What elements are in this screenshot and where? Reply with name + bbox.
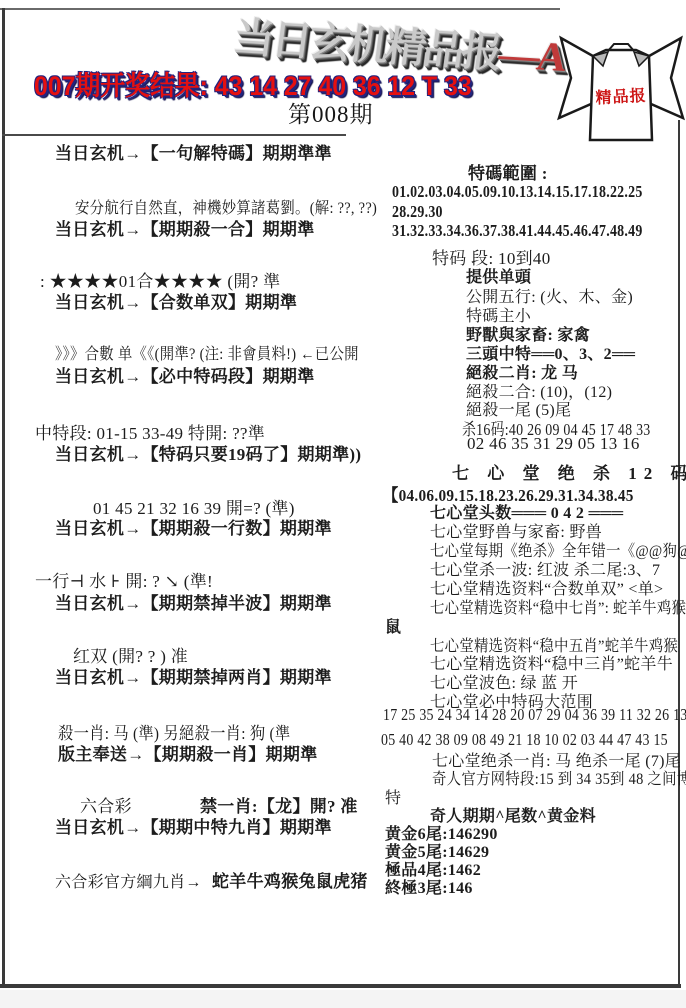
right-line-0: 特碼範圍 : bbox=[468, 159, 548, 184]
left-line-14: 当日玄机→【期期禁掉两肖】期期準 bbox=[55, 663, 332, 688]
right-line-29: 05 40 42 38 09 08 49 21 18 10 02 03 44 4… bbox=[381, 730, 668, 750]
left-line-0: 当日玄机→【一句解特碼】期期準準 bbox=[55, 139, 332, 164]
right-line-2: 28.29.30 bbox=[392, 202, 443, 222]
left-line-2: 当日玄机→【期期殺一合】期期準 bbox=[55, 215, 315, 240]
right-line-23: 鼠 bbox=[385, 614, 401, 637]
right-line-31: 奇人官方网特段:15 到 34 35到 48 之间博 bbox=[432, 766, 686, 789]
left-line-8: 当日玄机→【特码只要19码了】期期準)) bbox=[55, 440, 361, 465]
right-line-28: 17 25 35 24 34 14 28 20 07 29 04 36 39 1… bbox=[383, 705, 686, 725]
right-line-32: 特 bbox=[385, 785, 401, 808]
left-line-16: 版主奉送→【期期殺一肖】期期準 bbox=[58, 740, 318, 765]
page-border-bottom bbox=[0, 984, 681, 988]
header-divider bbox=[2, 134, 346, 136]
right-line-22: 七心堂精选资料“稳中七肖”: 蛇羊牛鸡猴兔 bbox=[430, 595, 686, 618]
ribbon-label: 精品报 bbox=[588, 82, 653, 108]
left-line-21: 蛇羊牛鸡猴兔鼠虎猪 bbox=[212, 867, 368, 892]
issue-number: 第008期 bbox=[288, 96, 374, 129]
left-line-5: 》》》合數 单《《(開準? (注: 非會員料!) ←已公開 bbox=[55, 341, 359, 364]
page-border-left bbox=[2, 8, 5, 988]
ribbon-badge: 精品报 bbox=[556, 26, 686, 162]
page-outside-strip bbox=[0, 990, 686, 1008]
left-line-6: 当日玄机→【必中特码段】期期準 bbox=[55, 362, 315, 387]
left-line-4: 当日玄机→【合数单双】期期準 bbox=[55, 288, 297, 313]
left-line-20: 六合彩官方綱九肖→ bbox=[55, 869, 202, 892]
left-line-19: 当日玄机→【期期中特九肖】期期準 bbox=[55, 813, 332, 838]
right-line-1: 01.02.03.04.05.09.10.13.14.15.17.18.22.2… bbox=[392, 182, 643, 202]
previous-draw-results: 007期开奖结果: 43 14 27 40 36 12 T 33 bbox=[34, 64, 472, 103]
right-line-14: 02 46 35 31 29 05 13 16 bbox=[467, 434, 640, 454]
left-line-12: 当日玄机→【期期禁掉半波】期期準 bbox=[55, 589, 332, 614]
left-line-10: 当日玄机→【期期殺一行数】期期準 bbox=[55, 514, 332, 539]
right-line-3: 31.32.33.34.36.37.38.41.44.45.46.47.48.4… bbox=[392, 221, 643, 241]
right-line-37: 終極3尾:146 bbox=[385, 875, 473, 898]
